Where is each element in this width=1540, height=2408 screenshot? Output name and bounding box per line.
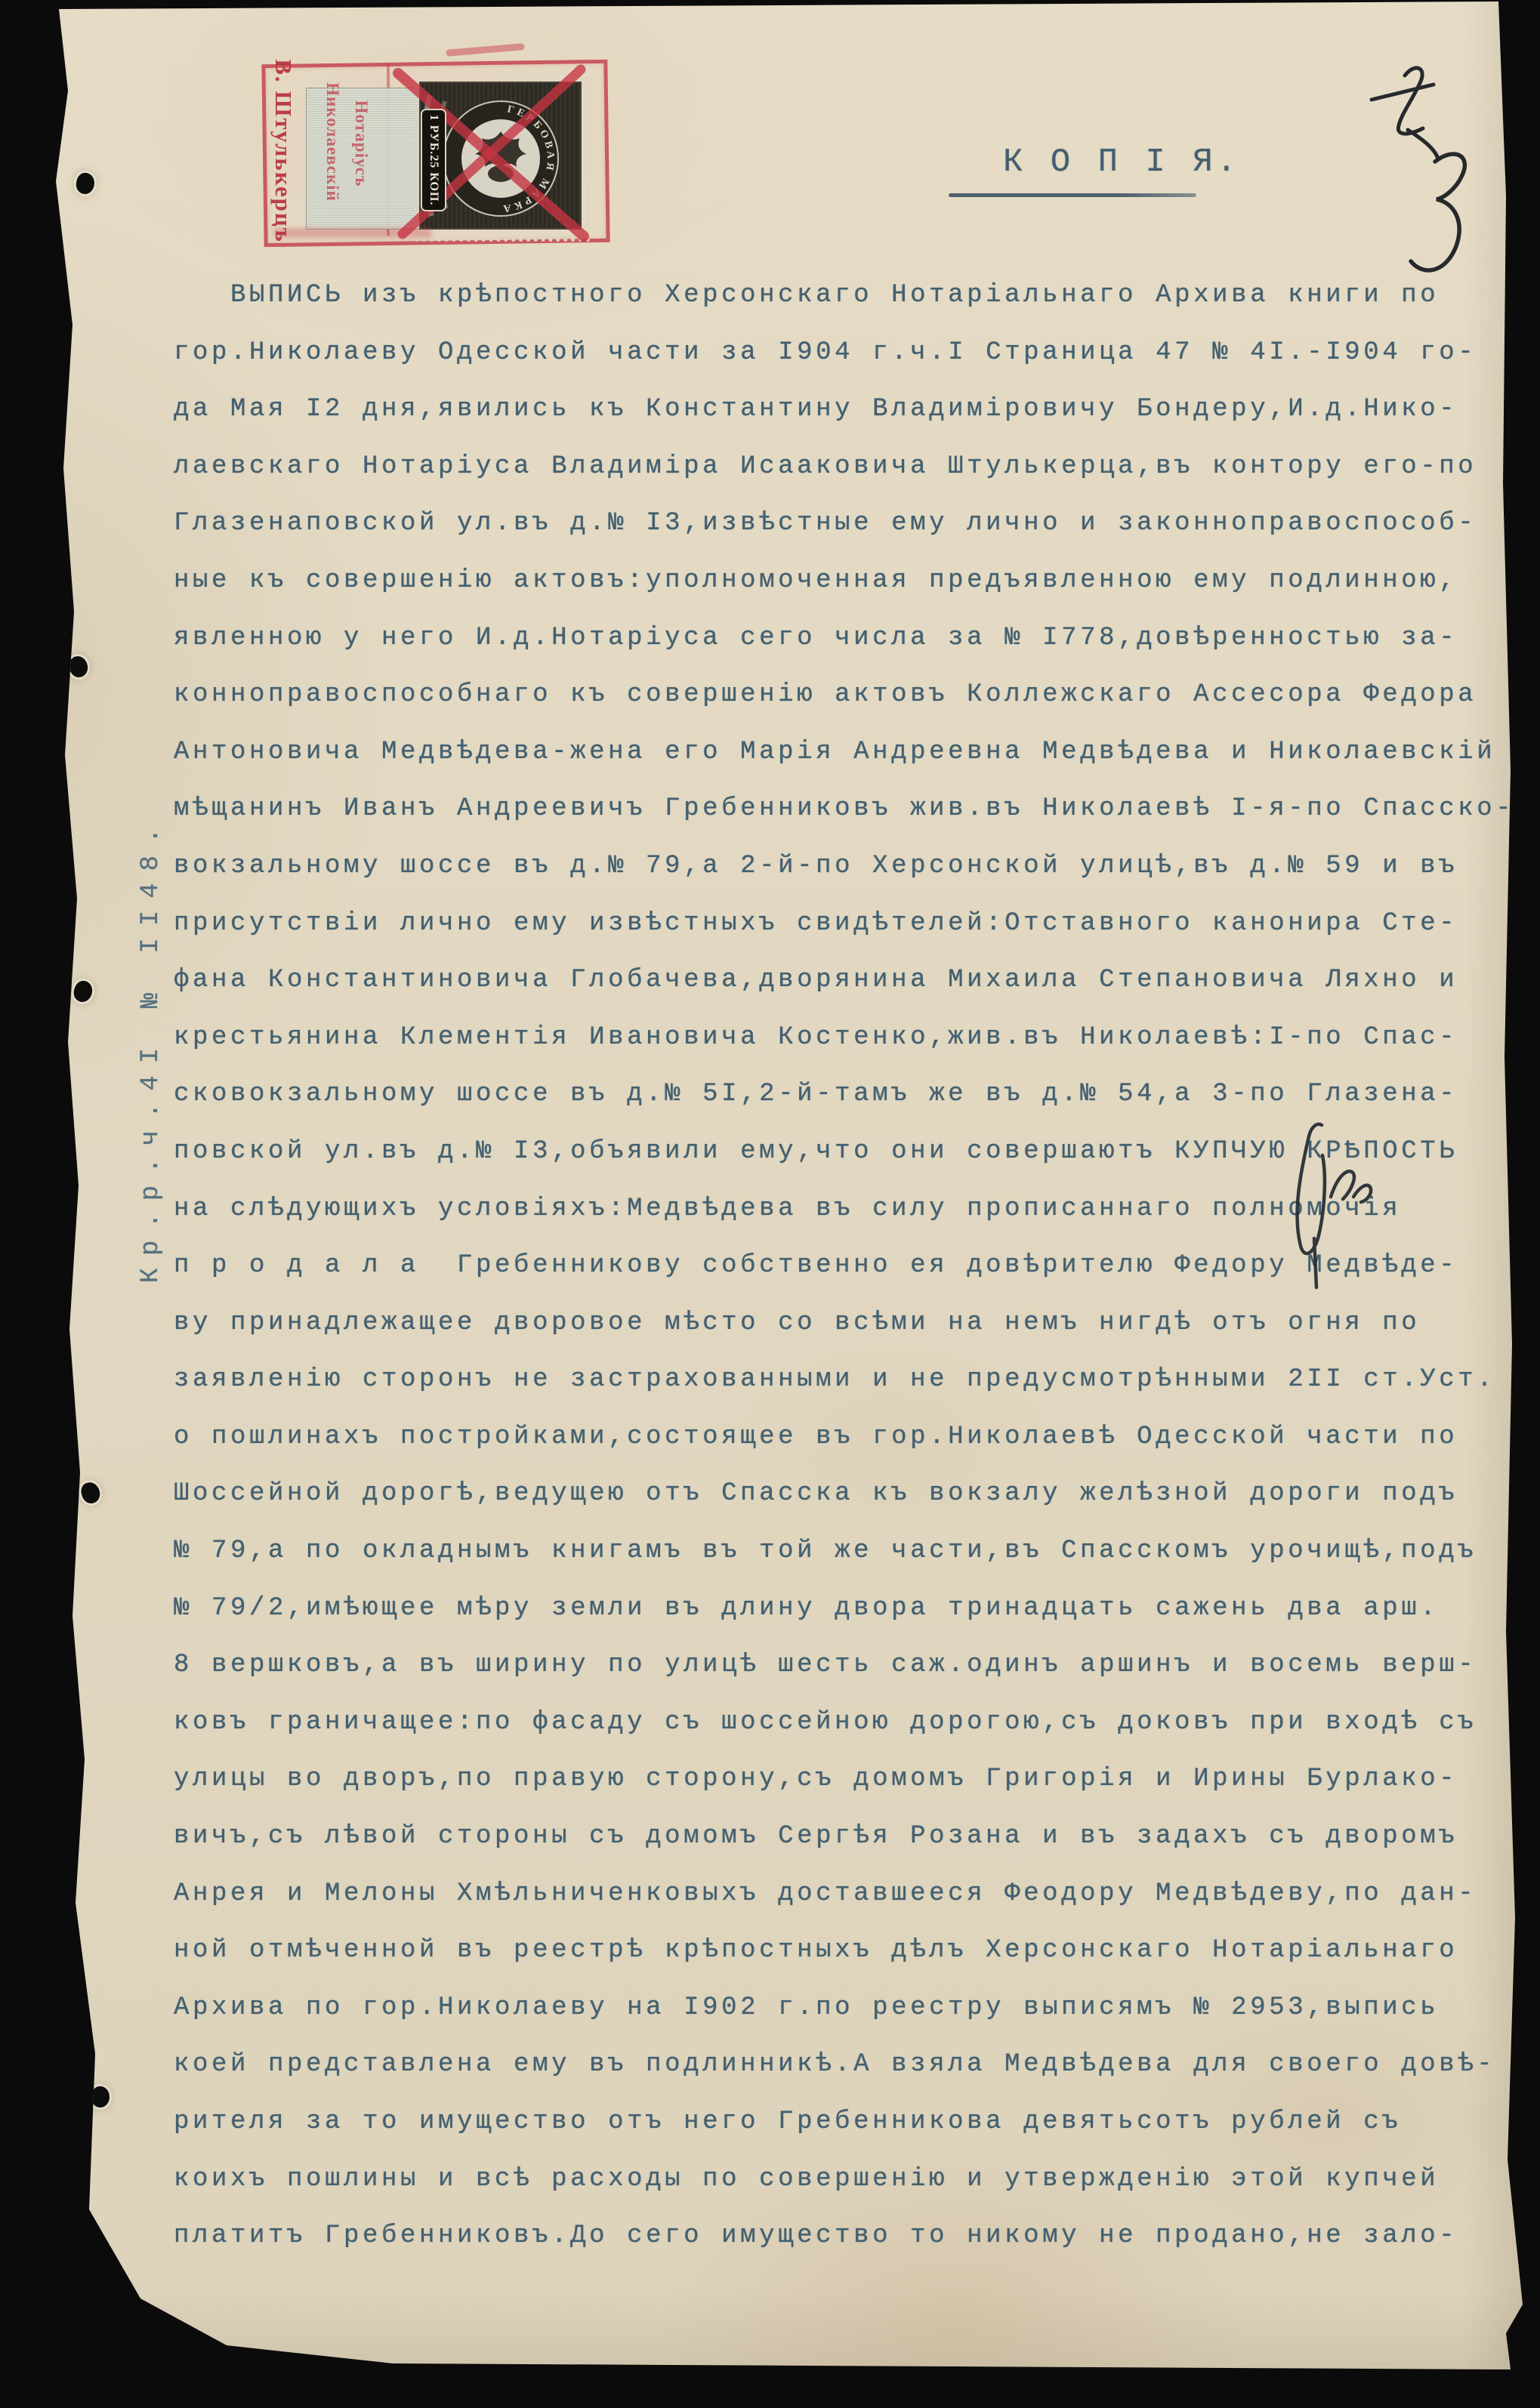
- page-title: К О П І Я.: [1003, 143, 1240, 181]
- punch-hole: [71, 979, 95, 1005]
- handwritten-number-3: [1411, 154, 1464, 270]
- document-line: да Мая I2 дня,явились къ Константину Вла…: [174, 381, 1526, 439]
- document-line: Архива по гор.Николаеву на I902 г.по рее…: [174, 1980, 1526, 2037]
- document-line: лаевскаго Нотаріуса Владиміра Исааковича…: [174, 439, 1526, 496]
- document-line: вокзальному шоссе въ д.№ 79,а 2-й-по Хер…: [174, 838, 1526, 896]
- document-line: присутствіи лично ему извѣстныхъ свидѣте…: [174, 896, 1526, 953]
- paper-sheet: В. Штулькерцъ Николаевскій Нотаріусъ ГЕР…: [0, 0, 1540, 2408]
- document-line: коей представлена ему въ подлинникѣ.А вз…: [174, 2036, 1526, 2094]
- document-line: о пошлинахъ постройками,состоящее въ гор…: [174, 1409, 1526, 1466]
- document-line: мѣщанинъ Иванъ Андреевичъ Гребенниковъ ж…: [174, 781, 1526, 838]
- document-line: платитъ Гребенниковъ.До сего имущество т…: [174, 2208, 1526, 2265]
- document-line: № 79,а по окладнымъ книгамъ въ той же ча…: [174, 1523, 1526, 1580]
- stamp-value-text: 1 РУБ.25 КОП.: [427, 115, 440, 206]
- margin-reference-note: Кр.р.ч.4I № II48.: [137, 816, 165, 1284]
- document-line: ВЫПИСЬ изъ крѣпостного Херсонскаго Нотар…: [174, 267, 1526, 325]
- document-line: ву принадлежащее дворовое мѣсто со всѣми…: [174, 1295, 1526, 1352]
- punch-hole: [91, 2086, 111, 2108]
- document-line: Шоссейной дорогѣ,ведущею отъ Спасска къ …: [174, 1466, 1526, 1523]
- title-underline: [949, 193, 1196, 197]
- document-line: № 79/2,имѣющее мѣру земли въ длину двора…: [174, 1580, 1526, 1638]
- photographed-document: { "page": { "header": { "title": "К О П …: [0, 0, 1540, 2408]
- document-line: сковокзальному шоссе въ д.№ 5I,2-й-тамъ …: [174, 1066, 1526, 1124]
- document-line: заявленію сторонъ не застрахованными и н…: [174, 1352, 1526, 1409]
- punch-hole: [68, 655, 89, 678]
- ink-flourish: [1284, 1118, 1390, 1299]
- document-line: явленною у него И.д.Нотаріуса сего числа…: [174, 610, 1526, 668]
- document-line: рителя за то имущество отъ него Гребенни…: [174, 2094, 1526, 2151]
- punch-hole: [74, 171, 96, 196]
- document-line: ной отмѣченной въ реестрѣ крѣпостныхъ дѣ…: [174, 1922, 1526, 1980]
- handwritten-number-2-crossed: [1372, 68, 1438, 159]
- handwritten-page-numbers: [1369, 59, 1520, 285]
- document-line: ковъ граничащее:по фасаду съ шоссейною д…: [174, 1694, 1526, 1752]
- document-line: конноправоспособнаго къ совершенію актов…: [174, 667, 1526, 724]
- document-line: фана Константиновича Глобачева,дворянина…: [174, 952, 1526, 1010]
- stamp-value-tablet: 1 РУБ.25 КОП.: [421, 109, 446, 211]
- document-line: коихъ пошлины и всѣ расходы по совершені…: [174, 2151, 1526, 2209]
- document-line: вичъ,съ лѣвой стороны съ домомъ Сергѣя Р…: [174, 1808, 1526, 1866]
- stamp-block: В. Штулькерцъ Николаевскій Нотаріусъ ГЕР…: [261, 59, 623, 248]
- document-line: крестьянина Клементія Ивановича Костенко…: [174, 1010, 1526, 1067]
- punch-hole: [79, 1480, 102, 1505]
- document-line: гор.Николаеву Одесской части за I904 г.ч…: [174, 325, 1526, 382]
- document-line: Анрея и Мелоны Хмѣльниченковыхъ доставше…: [174, 1866, 1526, 1923]
- document-line: улицы во дворъ,по правую сторону,съ домо…: [174, 1751, 1526, 1808]
- document-line: Глазенаповской ул.въ д.№ I3,извѣстные ем…: [174, 495, 1526, 553]
- document-line: ные къ совершенію актовъ:уполномоченная …: [174, 553, 1526, 610]
- document-line: Антоновича Медвѣдева-жена его Марія Андр…: [174, 724, 1526, 782]
- document-line: 8 вершковъ,а въ ширину по улицѣ шесть са…: [174, 1637, 1526, 1694]
